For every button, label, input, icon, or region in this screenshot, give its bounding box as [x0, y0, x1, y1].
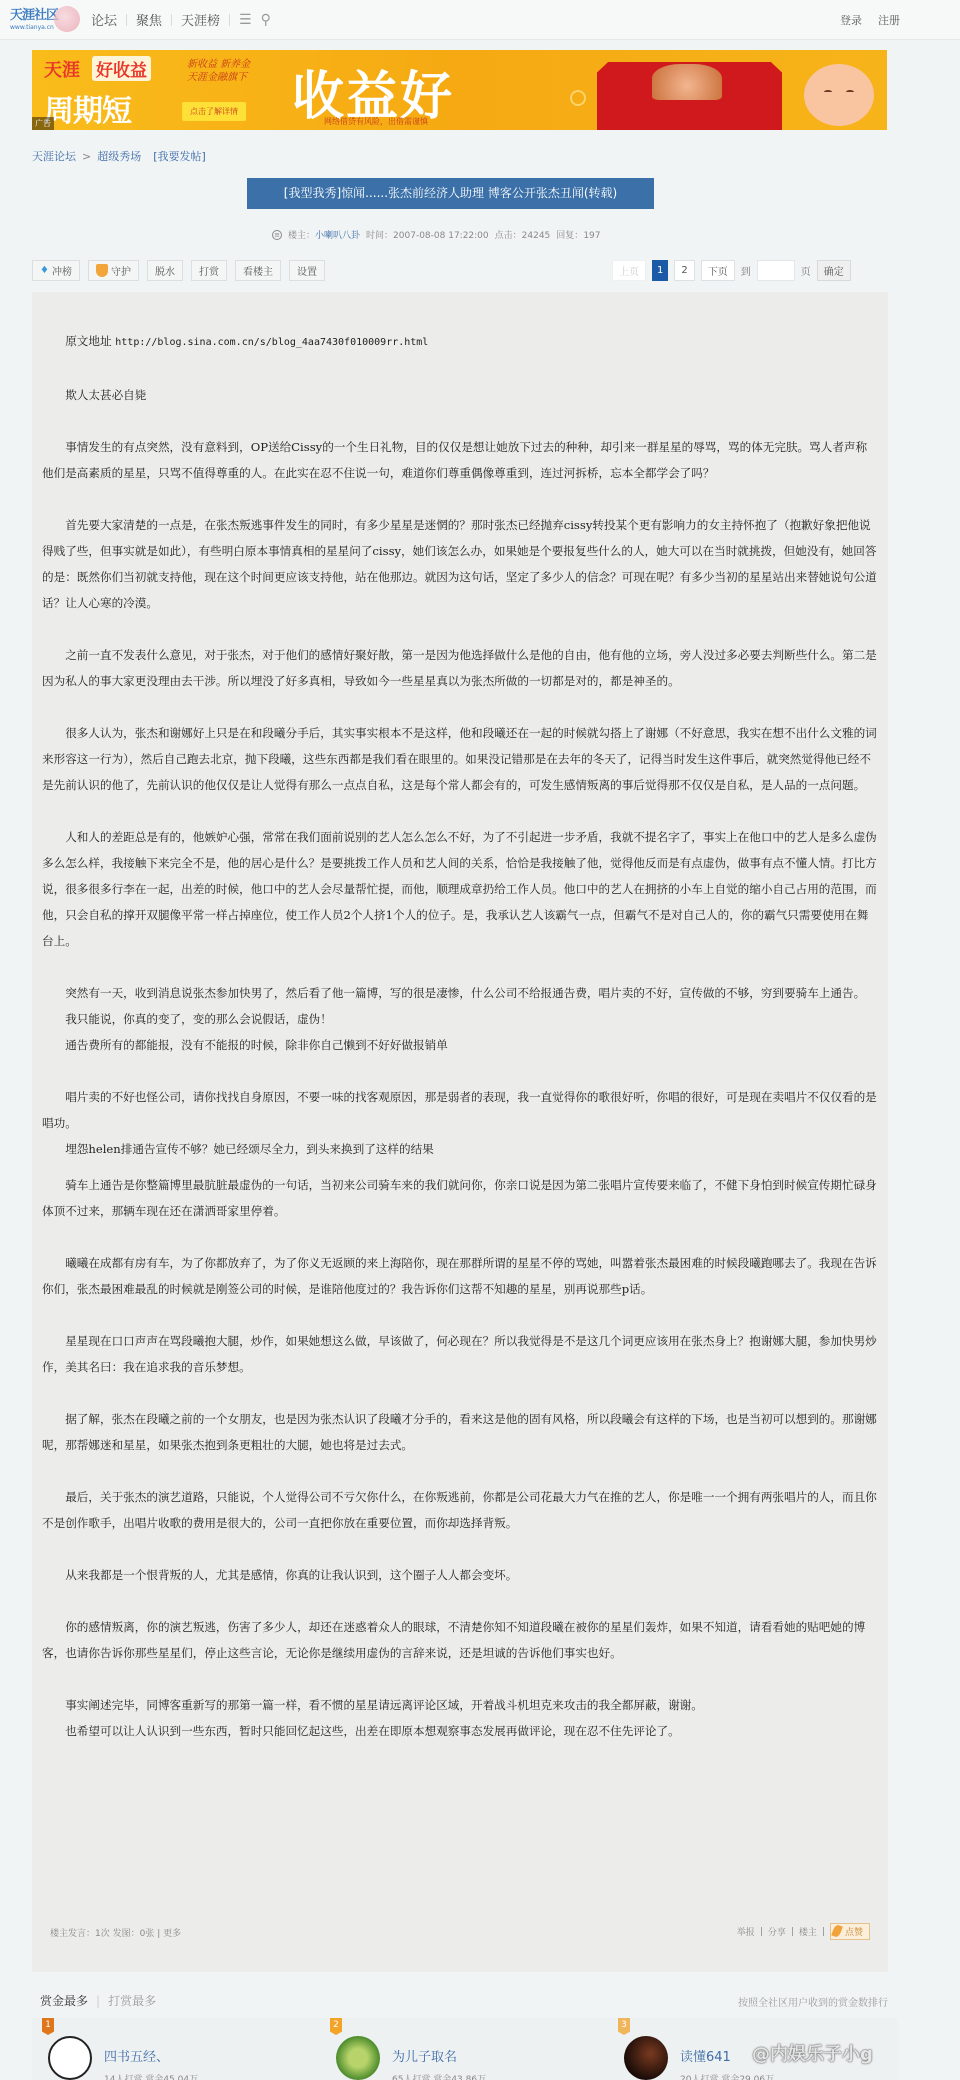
banner-cta-button[interactable]: 点击了解详情: [182, 102, 246, 121]
rank-badge: 1: [42, 2018, 54, 2035]
prev-page-button[interactable]: 上页: [612, 260, 646, 281]
breadcrumb-forum[interactable]: 天涯论坛: [32, 148, 76, 164]
menu-icon[interactable]: ☰: [239, 12, 252, 28]
guard-label: 守护: [111, 263, 131, 278]
post-title: [我型我秀]惊闻......张杰前经济人助理 博客公开张杰丑闻(转载): [247, 178, 654, 209]
nav-ranking[interactable]: 天涯榜: [172, 10, 229, 29]
auth-links: 登录 注册: [840, 12, 900, 28]
tab-most-reward[interactable]: 赏金最多: [40, 1992, 88, 2009]
banner-brand: 天涯: [44, 56, 80, 82]
reply-count: 197: [583, 231, 600, 241]
paragraph: 突然有一天，收到消息说张杰参加快男了，然后看了他一篇博，写的很是凄惨，什么公司不…: [42, 980, 878, 1006]
shield-icon: [96, 264, 108, 277]
author-label: 楼主：: [288, 231, 315, 241]
time-label: 时间：: [366, 231, 393, 241]
settings-button[interactable]: 设置: [289, 260, 325, 281]
clicks-label: 点击：: [495, 231, 522, 241]
paragraph: 埋怨helen排通告宣传不够？她已经颂尽全力，到头来换到了这样的结果: [42, 1136, 878, 1162]
more-link[interactable]: 更多: [163, 1929, 181, 1939]
breadcrumb: 天涯论坛 > 超级秀场 [我要发帖]: [32, 148, 206, 164]
piggy-bank-icon: [804, 64, 874, 126]
arrow-icon: [570, 90, 586, 106]
paragraph: 我只能说，你真的变了，变的那么会说假话，虚伪！: [42, 1006, 878, 1032]
report-link[interactable]: 举报: [737, 1925, 755, 1938]
breadcrumb-board[interactable]: 超级秀场: [97, 148, 141, 164]
paragraph: 事实阐述完毕，同博客重新写的那第一篇一样，看不惯的星星请远离评论区域，开着战斗机…: [42, 1692, 878, 1718]
paragraph: 通告费所有的都能报，没有不能报的时候，除非你自己懒到不好好做报销单: [42, 1032, 878, 1058]
rank-stats: 14人打赏 赏金45.04万: [104, 2072, 198, 2080]
paragraph: 很多人认为，张杰和谢娜好上只是在和段曦分手后，其实事实根本不是这样，他和段曦还在…: [42, 720, 878, 798]
banner-brand-product: 好收益: [92, 56, 151, 81]
feather-icon: [831, 1924, 843, 1938]
divider: [229, 14, 230, 26]
paragraph: 星星现在口口声声在骂段曦抱大腿，炒作，如果她想这么做，早该做了，何必现在？所以我…: [42, 1328, 878, 1380]
avatar[interactable]: [624, 2036, 668, 2080]
weibo-watermark: @内娱乐子小g: [752, 2040, 873, 2066]
pig-eye: [846, 90, 854, 94]
paragraph: 事情发生的有点突然，没有意料到，OP送给Cissy的一个生日礼物，目的仅仅是想让…: [42, 434, 878, 486]
paragraph: 人和人的差距总是有的，他嫉妒心强，常常在我们面前说别的艺人怎么怎么不好，为了不引…: [42, 824, 878, 954]
paragraph: 最后，关于张杰的演艺道路，只能说，个人觉得公司不亏欠你什么，在你叛逃前，你都是公…: [42, 1484, 878, 1536]
goto-confirm-button[interactable]: 确定: [817, 260, 851, 281]
pig-eye: [824, 90, 832, 94]
share-link[interactable]: 分享: [768, 1925, 786, 1938]
dehydrate-button[interactable]: 脱水: [147, 260, 183, 281]
paragraph: 你的感情叛离，你的演艺叛逃，伤害了多少人，却还在迷惑着众人的眼球，不清楚你知不知…: [42, 1614, 878, 1666]
tab-most-tips[interactable]: 打赏最多: [108, 1992, 156, 2009]
red-envelope-illustration: [597, 62, 782, 130]
click-count: 24245: [522, 231, 551, 241]
like-button[interactable]: 点赞: [830, 1923, 870, 1940]
replies-label: 回复：: [556, 231, 583, 241]
banner-risk-notice: 网络借贷有风险，出借需谨慎: [324, 116, 428, 127]
people-illustration: [652, 64, 722, 100]
post-heading: 欺人太甚必自毙: [42, 382, 878, 408]
tip-button[interactable]: 打赏: [191, 260, 227, 281]
page-1-button[interactable]: 1: [652, 260, 668, 281]
rank-card-1[interactable]: 1 四书五经、 14人打赏 赏金45.04万: [32, 2018, 322, 2080]
reward-note: 按照全社区用户收到的赏金数排行: [738, 1994, 888, 2009]
rank-badge: 2: [330, 2018, 342, 2035]
like-label: 点赞: [845, 1928, 863, 1938]
boost-button[interactable]: ♦冲榜: [32, 260, 80, 281]
globe-icon: [54, 6, 80, 32]
paragraph: 首先要大家清楚的一点是，在张杰叛逃事件发生的同时，有多少星星是迷惘的？那时张杰已…: [42, 512, 878, 616]
rank-stats: 65人打赏 赏金43.86万: [392, 2072, 486, 2080]
owner-stats-text: 楼主发言：1次 发图：0张: [50, 1929, 154, 1939]
guard-button[interactable]: 守护: [88, 260, 139, 281]
post-time: 2007-08-08 17:22:00: [393, 231, 489, 241]
tianya-logo[interactable]: 天涯社区 www.tianya.cn: [10, 8, 72, 34]
ad-banner[interactable]: 天涯 好收益 新收益 新养金 天涯金融旗下 周期短 点击了解详情 收益好 网络借…: [32, 50, 887, 130]
post-toolbar: ♦冲榜 守护 脱水 打赏 看楼主 设置: [32, 260, 325, 281]
page-2-button[interactable]: 2: [674, 260, 694, 281]
diamond-icon: ♦: [40, 265, 49, 276]
nav-forum[interactable]: 论坛: [82, 10, 126, 29]
main-nav: 论坛 聚焦 天涯榜 ☰ ⚲: [82, 10, 271, 29]
paragraph: 据了解，张杰在段曦之前的一个女朋友，也是因为张杰认识了段曦才分手的，看来这是他的…: [42, 1406, 878, 1458]
pagination: 上页 1 2 下页 到 页 确定: [612, 260, 851, 281]
paragraph: 也希望可以让人认识到一些东西，暂时只能回忆起这些，出差在即原本想观察事态发展再做…: [42, 1718, 878, 1744]
paragraph: 从来我都是一个恨背叛的人，尤其是感情，你真的让我认识到，这个圈子人人都会变坏。: [42, 1562, 878, 1588]
source-label: 原文地址: [65, 334, 111, 348]
banner-short-cycle: 周期短: [44, 86, 131, 130]
boost-label: 冲榜: [52, 263, 72, 278]
post-content: 原文地址 http://blog.sina.com.cn/s/blog_4aa7…: [32, 292, 888, 1972]
post-body: 原文地址 http://blog.sina.com.cn/s/blog_4aa7…: [42, 328, 878, 1744]
post-footer: 楼主发言：1次 发图：0张 | 更多 举报 | 分享 | 楼主 | 点赞: [50, 1923, 870, 1943]
paragraph: 骑车上通告是你整篇博里最肮脏最虚伪的一句话，当初来公司骑车来的我们就问你，你亲口…: [42, 1172, 878, 1224]
next-page-button[interactable]: 下页: [701, 260, 735, 281]
search-icon[interactable]: ⚲: [261, 12, 271, 28]
register-link[interactable]: 注册: [878, 12, 900, 28]
page-number-input[interactable]: [757, 260, 795, 281]
owner-link[interactable]: 楼主: [799, 1925, 817, 1938]
divider: |: [96, 1994, 100, 2008]
rank-card-2[interactable]: 2 为儿子取名 65人打赏 赏金43.86万: [320, 2018, 610, 2080]
reward-tabs: 赏金最多 | 打赏最多: [40, 1992, 156, 2009]
menu-circle-icon[interactable]: ≡: [272, 230, 282, 240]
post-actions: 举报 | 分享 | 楼主 | 点赞: [737, 1923, 870, 1940]
owner-stats: 楼主发言：1次 发图：0张 | 更多: [50, 1926, 181, 1939]
nav-focus[interactable]: 聚焦: [127, 10, 171, 29]
goto-label: 到: [741, 263, 751, 278]
paragraph: 曦曦在成都有房有车，为了你都放弃了，为了你义无返顾的来上海陪你，现在那群所谓的星…: [42, 1250, 878, 1302]
paragraph: 之前一直不发表什么意见，对于张杰，对于他们的感情好聚好散，第一是因为他选择做什么…: [42, 642, 878, 694]
banner-slogan-line2: 天涯金融旗下: [187, 71, 250, 84]
banner-slogan-line1: 新收益 新养金: [187, 58, 250, 71]
avatar[interactable]: [48, 2036, 92, 2080]
author-link[interactable]: 小喇叭八卦: [315, 231, 360, 241]
login-link[interactable]: 登录: [840, 12, 862, 28]
rank-badge: 3: [618, 2018, 630, 2035]
rank-user-name[interactable]: 四书五经、: [104, 2046, 169, 2065]
owner-only-button[interactable]: 看楼主: [235, 260, 281, 281]
top-nav: 天涯社区 www.tianya.cn 论坛 聚焦 天涯榜 ☰ ⚲ 登录 注册: [0, 0, 960, 40]
banner-slogan: 新收益 新养金 天涯金融旗下: [187, 58, 250, 84]
rank-user-name[interactable]: 为儿子取名: [392, 2046, 457, 2065]
ad-tag: 广告: [32, 117, 54, 130]
source-url[interactable]: http://blog.sina.com.cn/s/blog_4aa7430f0…: [115, 337, 428, 348]
avatar[interactable]: [336, 2036, 380, 2080]
paragraph: 唱片卖的不好也怪公司，请你找找自身原因，不要一味的找客观原因，那是弱者的表现，我…: [42, 1084, 878, 1136]
new-post-link[interactable]: [我要发帖]: [153, 148, 206, 164]
rank-user-name[interactable]: 读懂641: [680, 2046, 731, 2065]
breadcrumb-separator: >: [82, 150, 91, 163]
source-line: 原文地址 http://blog.sina.com.cn/s/blog_4aa7…: [42, 328, 878, 356]
rank-stats: 20人打赏 赏金29.06万: [680, 2072, 774, 2080]
page-unit-label: 页: [801, 263, 811, 278]
post-meta: ≡ 楼主：小喇叭八卦 时间：2007-08-08 17:22:00 点击：242…: [272, 228, 601, 241]
